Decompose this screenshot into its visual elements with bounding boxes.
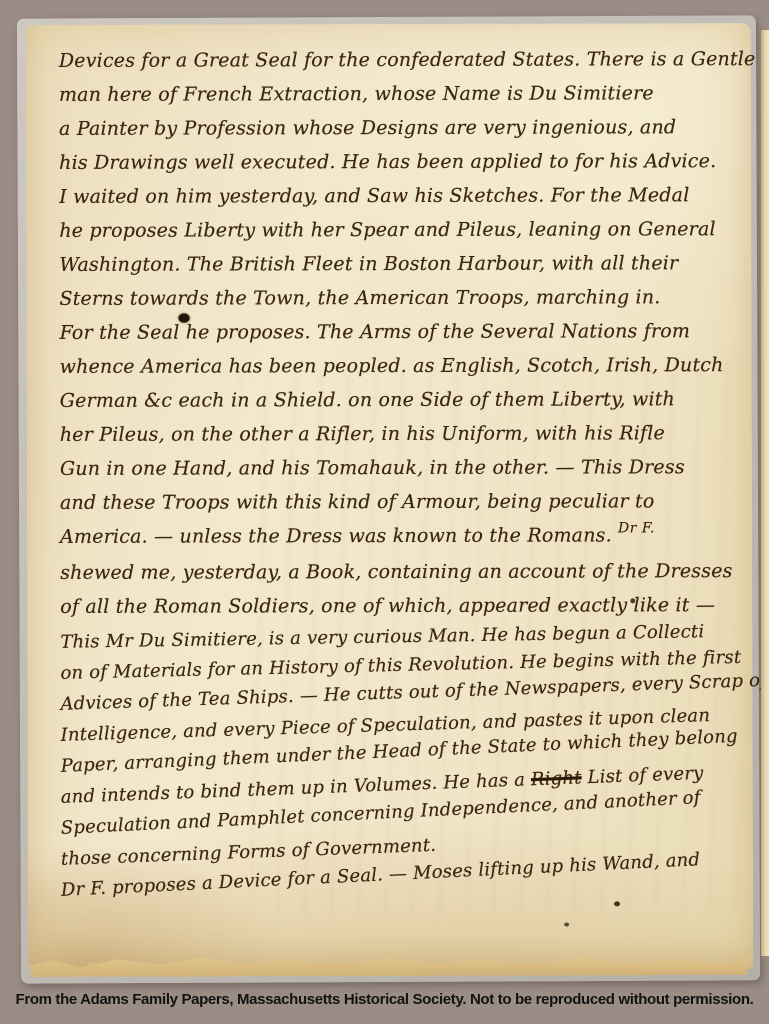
manuscript-line: This Mr Du Simitiere, is a very curious … [60,622,728,652]
manuscript-line: Devices for a Great Seal for the confede… [59,50,727,71]
manuscript-line-text: List of every [581,763,704,789]
manuscript-line: a Painter by Profession whose Designs ar… [59,118,727,139]
manuscript-line: her Pileus, on the other a Rifler, in hi… [60,424,728,445]
manuscript-line: and these Troops with this kind of Armou… [60,492,728,513]
manuscript-page: Devices for a Great Seal for the confede… [26,23,753,971]
superscript-insertion: Dr F. [618,520,655,536]
manuscript-line-text: America. — unless the Dress was known to… [60,524,618,547]
ink-blot [630,598,635,603]
ink-blot [179,314,190,323]
manuscript-line: Sterns towards the Town, the American Tr… [59,288,727,309]
manuscript-line: For the Seal he proposes. The Arms of th… [60,322,728,343]
adjacent-page-edge [761,30,769,956]
manuscript-line: his Drawings well executed. He has been … [59,152,727,173]
archive-credit-caption: From the Adams Family Papers, Massachuse… [0,991,769,1008]
manuscript-line: German &c each in a Shield. on one Side … [60,390,728,411]
manuscript-line: shewed me, yesterday, a Book, containing… [60,562,728,583]
manuscript-text: Devices for a Great Seal for the confede… [59,50,729,912]
manuscript-line: Washington. The British Fleet in Boston … [59,254,727,275]
manuscript-line: I waited on him yesterday, and Saw his S… [59,186,727,207]
ink-blot [564,923,569,927]
manuscript-line: whence America has been peopled. as Engl… [60,356,728,377]
ink-blot [614,901,620,906]
manuscript-line: man here of French Extraction, whose Nam… [59,84,727,105]
manuscript-line: he proposes Liberty with her Spear and P… [59,220,727,241]
torn-bottom-edge [30,951,747,977]
manuscript-line-with-insertion: America. — unless the Dress was known to… [60,526,728,549]
manuscript-line: Gun in one Hand, and his Tomahauk, in th… [60,458,728,479]
manuscript-line: of all the Roman Soldiers, one of which,… [60,596,728,617]
struck-out-word: Right [531,767,582,790]
